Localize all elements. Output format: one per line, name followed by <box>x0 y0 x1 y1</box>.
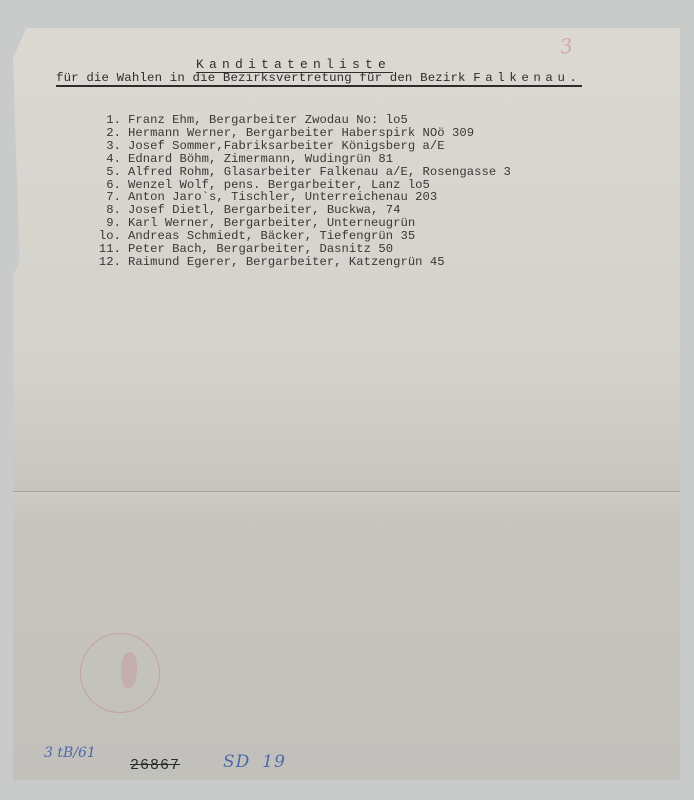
item-text: Anton Jaro`s, Tischler, Unterreichenau 2… <box>128 190 437 204</box>
item-text: Wenzel Wolf, pens. Bergarbeiter, Lanz lo… <box>128 178 430 192</box>
handwritten-code: SD <box>223 752 250 772</box>
item-number: 2. <box>95 127 121 140</box>
item-number: 1. <box>95 114 121 127</box>
paper-fold-shading <box>13 492 680 522</box>
archive-stamp-icon <box>80 633 160 713</box>
item-number: 4. <box>95 153 121 166</box>
item-text: Alfred Rohm, Glasarbeiter Falkenau a/E, … <box>128 165 511 179</box>
item-text: Josef Dietl, Bergarbeiter, Buckwa, 74 <box>128 203 400 217</box>
item-number: 12. <box>89 256 121 269</box>
item-text: Ednard Böhm, Zimermann, Wudingrün 81 <box>128 152 393 166</box>
item-number: 5. <box>95 166 121 179</box>
item-number: 3. <box>95 140 121 153</box>
item-text: Franz Ehm, Bergarbeiter Zwodau No: lo5 <box>128 113 408 127</box>
handwritten-reference: 3 tB/61 <box>44 745 96 761</box>
list-item: 12.Raimund Egerer, Bergarbeiter, Katzeng… <box>95 256 511 269</box>
item-text: Andreas Schmiedt, Bäcker, Tiefengrün 35 <box>128 229 415 243</box>
handwritten-number: 19 <box>262 752 286 772</box>
archive-number: 26867 <box>130 757 180 774</box>
handwritten-signature-code: SD19 <box>223 752 286 772</box>
item-text: Raimund Egerer, Bergarbeiter, Katzengrün… <box>128 255 445 269</box>
item-text: Karl Werner, Bergarbeiter, Unterneugrün <box>128 216 415 230</box>
item-text: Josef Sommer,Fabriksarbeiter Königsberg … <box>128 139 445 153</box>
subtitle-text: für die Wahlen in die Bezirksvertretung … <box>56 71 473 85</box>
subtitle-place: Falkenau. <box>473 71 581 85</box>
item-text: Hermann Werner, Bergarbeiter Haberspirk … <box>128 126 474 140</box>
candidate-list: 1.Franz Ehm, Bergarbeiter Zwodau No: lo5… <box>95 114 511 269</box>
item-text: Peter Bach, Bergarbeiter, Dasnitz 50 <box>128 242 393 256</box>
document-subtitle: für die Wahlen in die Bezirksvertretung … <box>56 71 582 87</box>
